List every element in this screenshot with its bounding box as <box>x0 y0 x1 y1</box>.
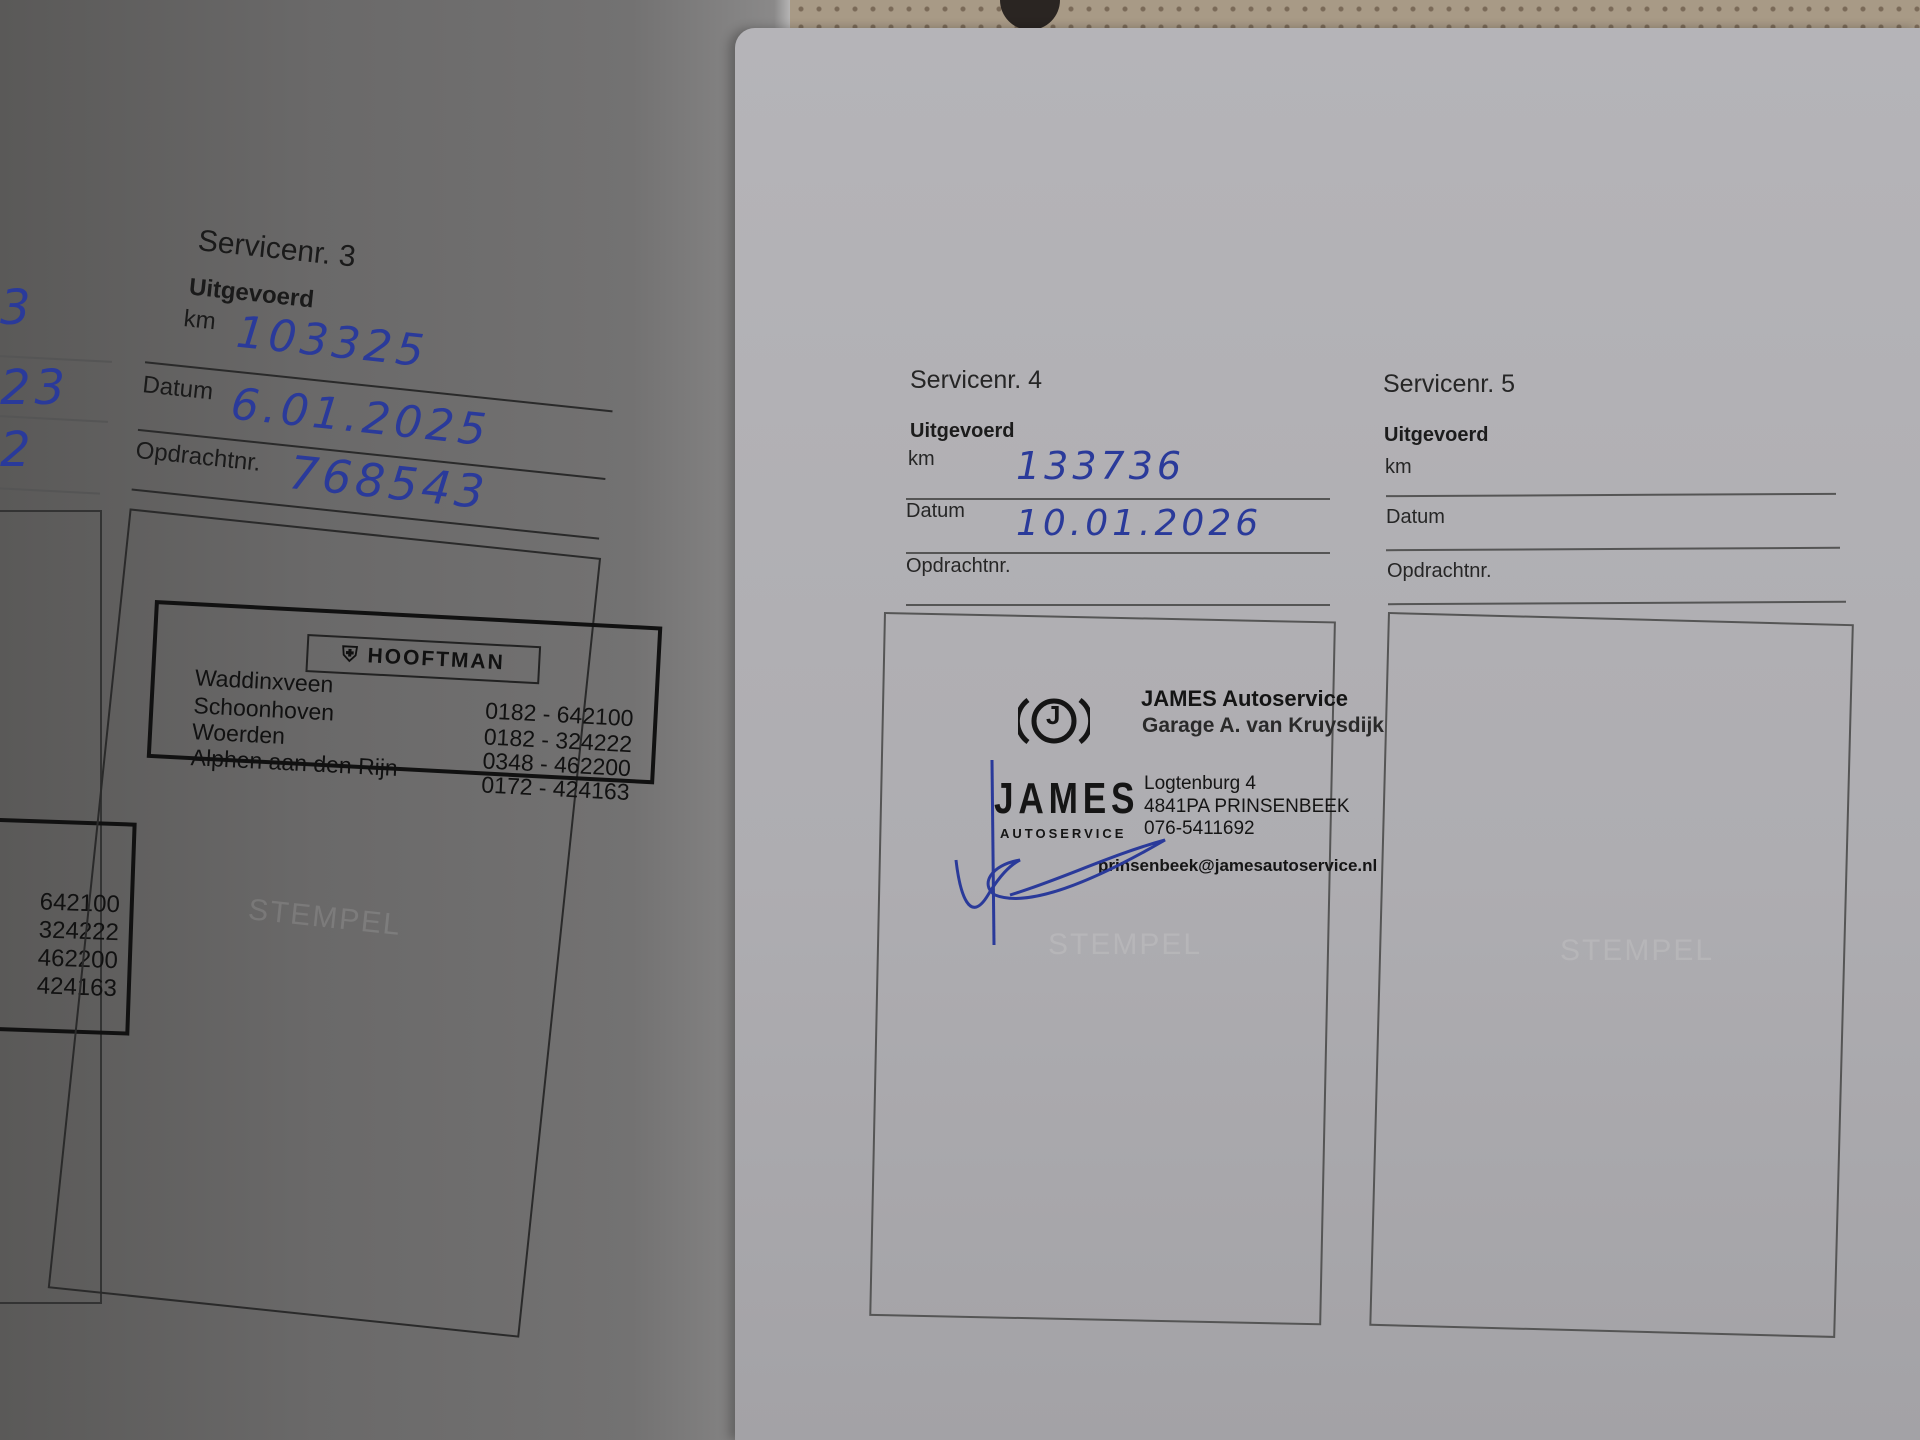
hooftman-stamp: ⛨ HOOFTMAN Waddinxveen 0182 - 642100 Sch… <box>147 600 663 784</box>
service-title: Servicenr. 4 <box>910 366 1042 395</box>
handwritten-fragment: 2 <box>0 422 35 478</box>
handwritten-fragment: 23 <box>0 360 69 416</box>
order-no-label: Opdrachtnr. <box>1387 560 1492 583</box>
service-title: Servicenr. 3 <box>196 224 357 274</box>
stamp-placeholder: STEMPEL <box>1560 934 1714 968</box>
rule-line <box>906 498 1330 500</box>
signature <box>950 755 1180 955</box>
logo-letter: J <box>1046 700 1060 731</box>
rule-line <box>906 552 1330 554</box>
rule-line <box>0 487 100 494</box>
company-name: HOOFTMAN <box>367 644 505 675</box>
order-no-label: Opdrachtnr. <box>134 437 262 478</box>
km-label: km <box>1385 456 1412 479</box>
km-label: km <box>182 305 217 336</box>
km-label: km <box>908 448 935 471</box>
executed-label: Uitgevoerd <box>910 420 1014 443</box>
executed-label: Uitgevoerd <box>1384 424 1488 447</box>
company-subtitle: Garage A. van Kruysdijk <box>1142 714 1384 738</box>
date-label: Datum <box>1386 506 1445 529</box>
rule-line <box>906 604 1330 606</box>
handwritten-fragment: 3 <box>0 280 35 336</box>
km-value: 133736 <box>1016 444 1185 488</box>
date-label: Datum <box>141 371 214 406</box>
company-name: JAMES Autoservice <box>1141 686 1348 712</box>
stamp-box <box>1369 612 1854 1338</box>
km-value: 103325 <box>234 307 430 378</box>
left-page: 3 23 2 642100 324222 462200 424163 Servi… <box>0 0 790 1440</box>
order-no-label: Opdrachtnr. <box>906 555 1011 578</box>
service-title: Servicenr. 5 <box>1383 370 1515 399</box>
date-label: Datum <box>906 500 965 523</box>
date-value: 6.01.2025 <box>228 379 492 457</box>
date-value: 10.01.2026 <box>1016 503 1262 544</box>
shield-icon: ⛨ <box>341 643 360 668</box>
